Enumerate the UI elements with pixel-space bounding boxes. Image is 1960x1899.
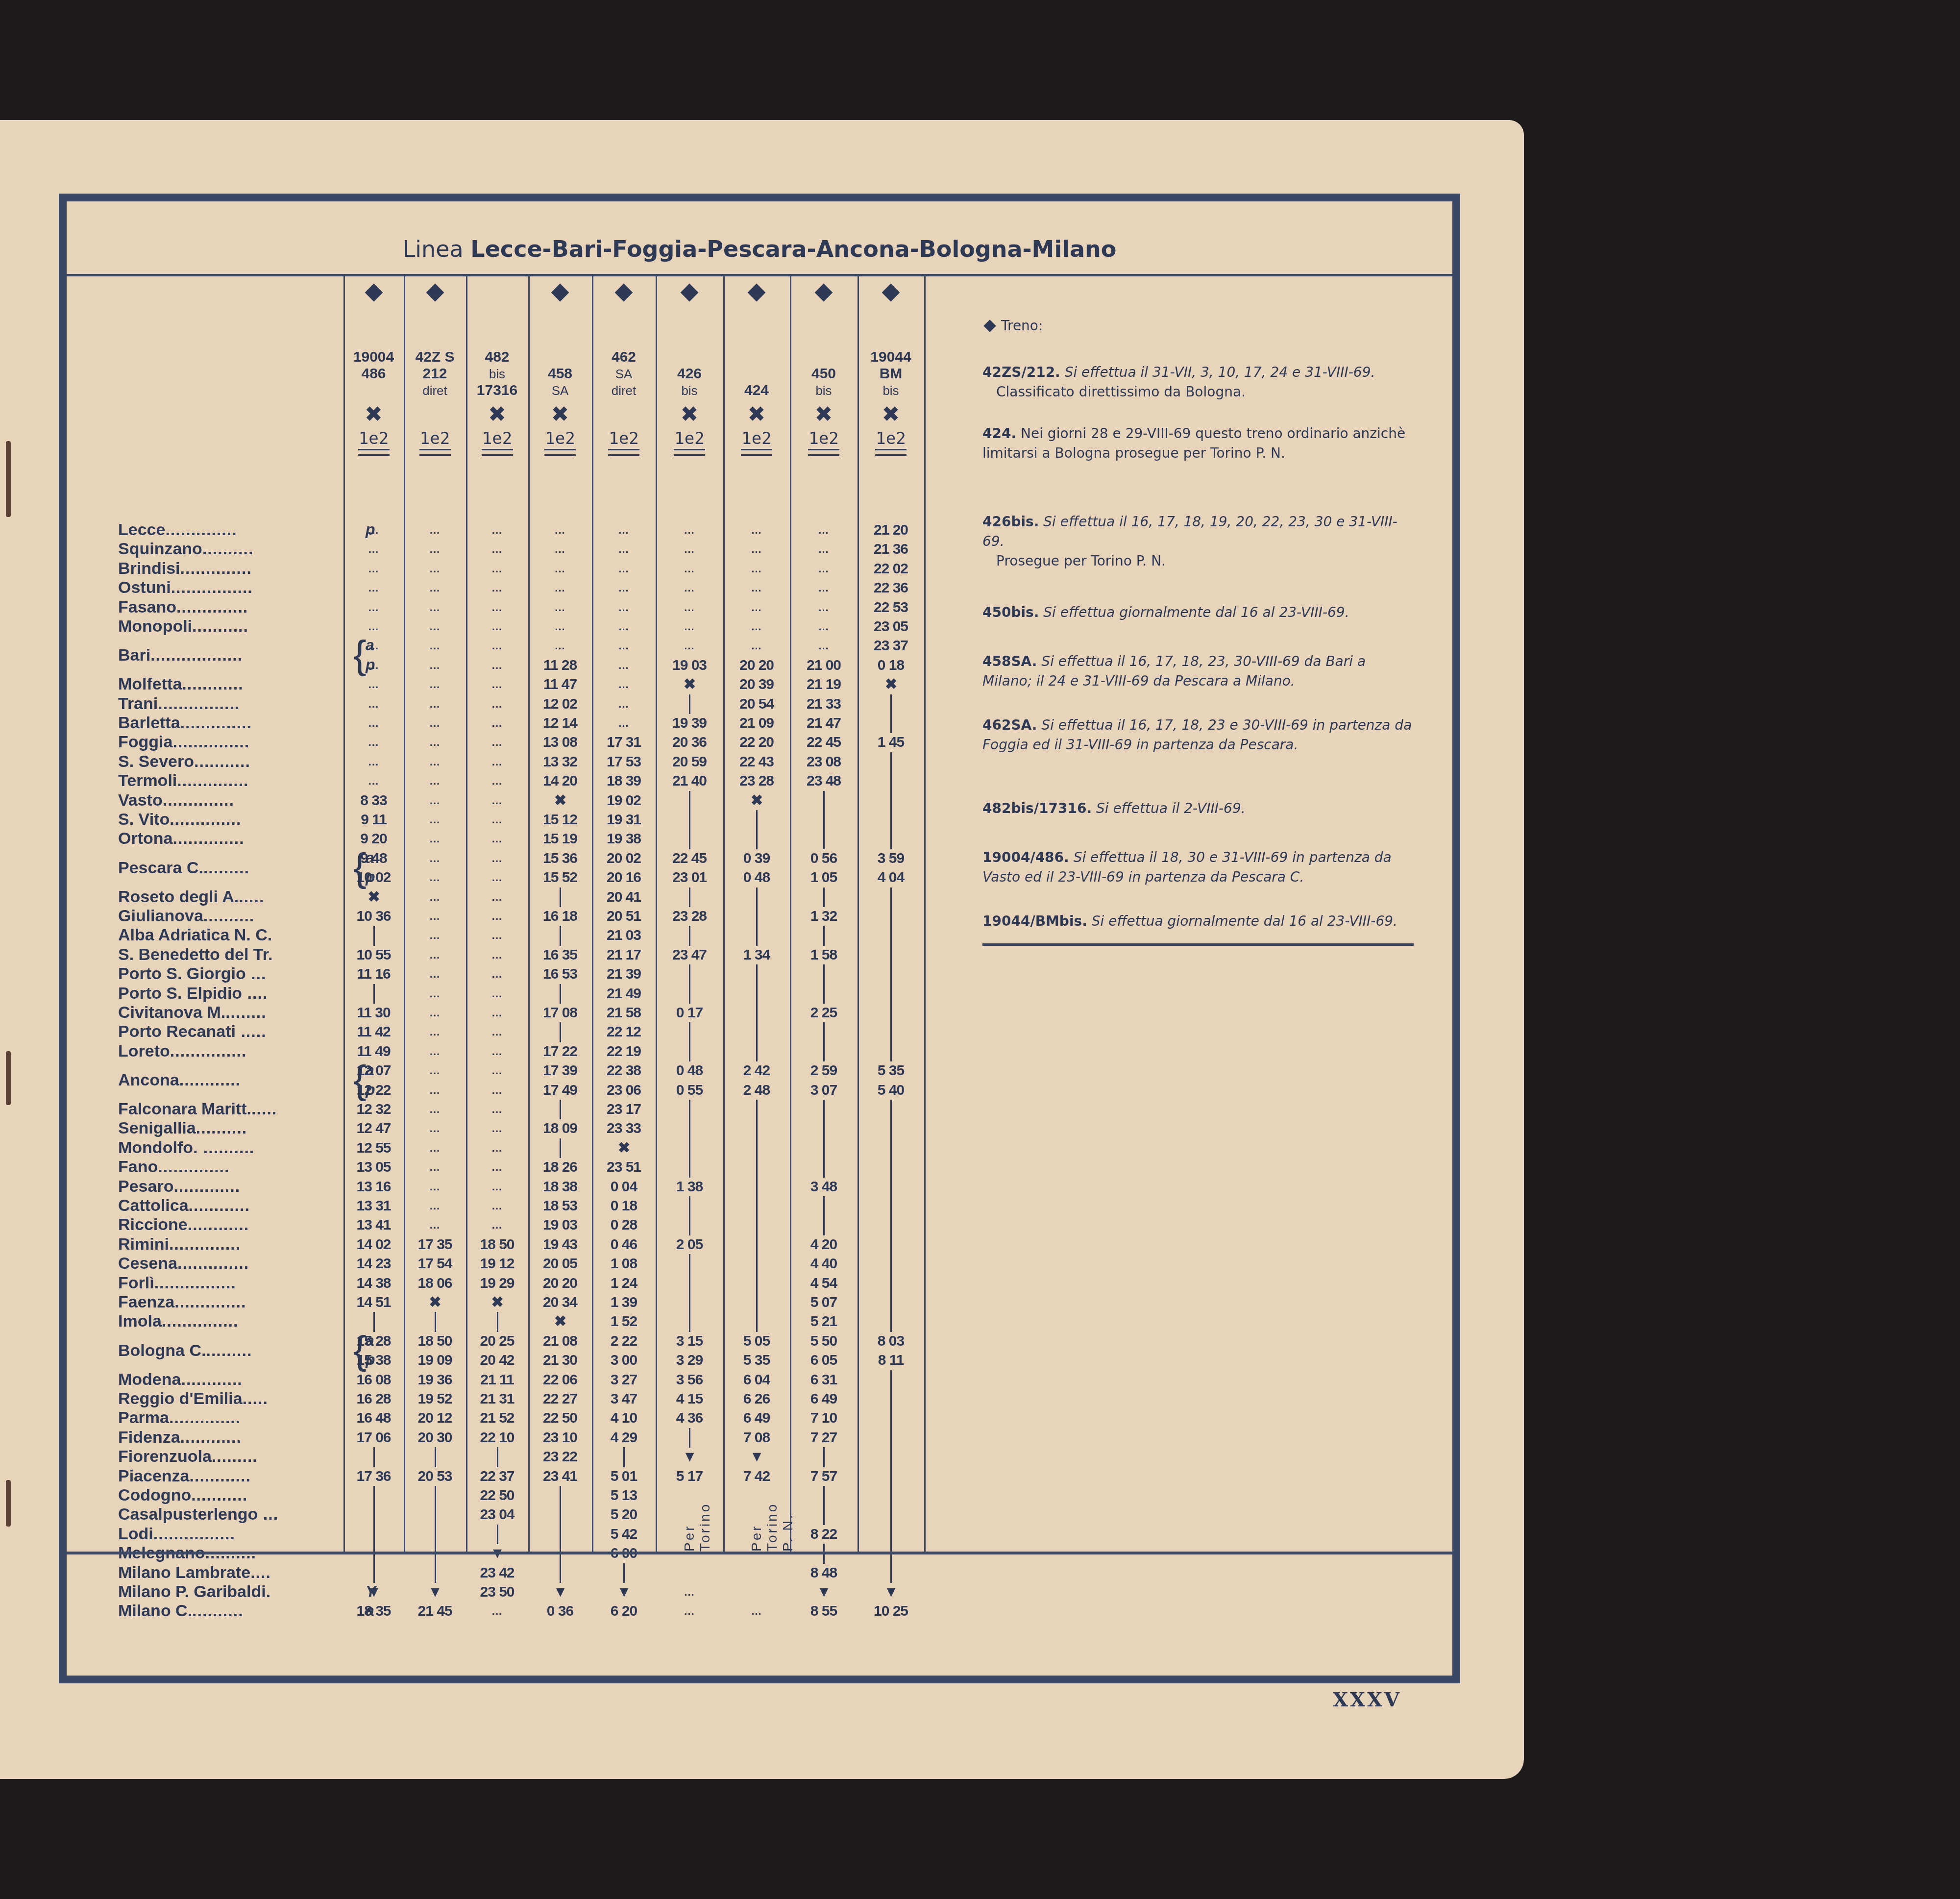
pass-line: [823, 1138, 825, 1158]
pass-through-line: [528, 1022, 592, 1041]
station-label: Porto S. Elpidio: [118, 984, 242, 1003]
time-cell: 12 47: [343, 1119, 404, 1138]
station-name: Ortona..............: [118, 829, 358, 848]
time-cell: 17 39: [528, 1061, 592, 1080]
restaurant-service-icon: ✖: [466, 1293, 528, 1312]
no-service: ...: [592, 540, 656, 559]
no-service: ...: [404, 656, 466, 675]
pass-line: [890, 1370, 892, 1390]
pass-through-line: [723, 1119, 790, 1138]
time-cell: 14 38: [343, 1274, 404, 1293]
no-service: ...: [404, 964, 466, 984]
time-cell: 22 10: [466, 1428, 528, 1447]
pass-through-line: [723, 1158, 790, 1177]
restaurant-service-icon: ✖: [857, 675, 924, 694]
pass-line: [689, 829, 690, 849]
no-service: ...: [466, 945, 528, 964]
double-rule: [544, 449, 576, 456]
time-cell: 3 27: [592, 1370, 656, 1389]
time-cell: 15 52: [528, 868, 592, 887]
pass-through-line: [857, 1022, 924, 1041]
time-cell: 4 40: [790, 1254, 857, 1273]
station-label: Fiorenzuola: [118, 1447, 212, 1466]
no-service: ...: [466, 1022, 528, 1041]
no-service: ...: [404, 791, 466, 810]
pass-line: [689, 1042, 690, 1061]
time-cell: 4 04: [857, 868, 924, 887]
diamond-icon: [426, 284, 444, 302]
time-cell: 2 42: [723, 1061, 790, 1080]
binder-staple: [6, 1480, 11, 1527]
time-cell: 18 53: [528, 1196, 592, 1215]
time-cell: 13 05: [343, 1158, 404, 1177]
no-service: ...: [466, 1081, 528, 1100]
station-label: Ortona: [118, 829, 172, 848]
time-cell: 3 56: [656, 1370, 723, 1389]
leader-dots: ..............: [169, 1408, 241, 1427]
time-cell: 5 42: [592, 1525, 656, 1544]
station-label: Alba Adriatica N. C.: [118, 926, 272, 944]
time-cell: 0 18: [857, 656, 924, 675]
station-label: S. Vito: [118, 810, 170, 829]
note-text: Si effettua giornalmente dal 16 al 23-VI…: [1043, 604, 1349, 620]
station-label: Roseto degli A.: [118, 888, 239, 906]
leader-dots: ...............: [162, 1312, 239, 1331]
pass-through-line: [466, 1525, 528, 1544]
no-service: ...: [466, 714, 528, 733]
time-cell: 23 33: [592, 1119, 656, 1138]
pass-line: [560, 1505, 561, 1525]
no-service: ...: [343, 598, 404, 617]
station-label: Pescara C.: [118, 859, 203, 877]
no-service: ...: [466, 1061, 528, 1080]
diamond-icon: [681, 284, 699, 302]
pass-line: [756, 1254, 758, 1274]
pass-through-line: [723, 984, 790, 1003]
pass-line: [823, 829, 825, 849]
time-cell: 17 54: [404, 1254, 466, 1273]
no-service: ...: [656, 1582, 723, 1602]
pass-line: [689, 1254, 690, 1274]
no-service: ...: [466, 1158, 528, 1177]
leader-dots: ....: [242, 984, 268, 1003]
pass-line: [890, 694, 892, 714]
time-cell: 21 36: [857, 540, 924, 559]
station-label: Cesena: [118, 1254, 177, 1273]
time-cell: 8 48: [790, 1563, 857, 1582]
time-cell: 21 19: [790, 675, 857, 694]
note-key: 450bis.: [982, 604, 1039, 620]
train-number-line: 486: [343, 366, 404, 382]
note-key: 19004/486.: [982, 849, 1069, 865]
time-cell: 13 08: [528, 733, 592, 752]
leader-dots: ..............: [177, 771, 248, 790]
time-cell: 1 38: [656, 1177, 723, 1196]
station-name: Rimini..............: [118, 1235, 358, 1254]
time-cell: 5 05: [723, 1332, 790, 1351]
spacer: [592, 401, 656, 428]
no-service: ...: [404, 810, 466, 829]
pass-through-line: [790, 1215, 857, 1234]
time-cell: 20 20: [723, 656, 790, 675]
train-number-line: 424: [723, 382, 790, 399]
time-cell: 20 53: [404, 1467, 466, 1486]
time-cell: 5 40: [857, 1081, 924, 1100]
time-cell: 20 25: [466, 1332, 528, 1351]
pass-through-line: [723, 907, 790, 926]
pass-through-line: [857, 1408, 924, 1428]
pass-line: [689, 984, 690, 1004]
no-service: ...: [466, 1100, 528, 1119]
no-service: ...: [466, 1177, 528, 1196]
time-cell: 1 45: [857, 733, 924, 752]
time-cell: 13 16: [343, 1177, 404, 1196]
time-cell: 21 03: [592, 926, 656, 945]
pass-through-line: [857, 945, 924, 964]
no-service: ...: [466, 1602, 528, 1621]
pass-line: [823, 810, 825, 830]
time-cell: 23 37: [857, 636, 924, 655]
time-cell: 21 20: [857, 520, 924, 540]
time-cell: 1 32: [790, 907, 857, 926]
station-label: Parma: [118, 1408, 169, 1427]
station-name: Parma..............: [118, 1408, 358, 1428]
no-service: ...: [592, 694, 656, 714]
station-label: Vasto: [118, 791, 163, 810]
station-name: Cattolica............: [118, 1196, 358, 1215]
pass-through-line: [857, 888, 924, 907]
time-cell: 9 48: [343, 849, 404, 868]
pass-line: [890, 829, 892, 849]
pass-through-line: [857, 1274, 924, 1293]
time-cell: 2 25: [790, 1003, 857, 1022]
leader-dots: ...............: [170, 1042, 247, 1060]
double-rule: [482, 449, 513, 456]
pass-through-line: [343, 1525, 404, 1544]
pass-line: [689, 1196, 690, 1216]
pass-line: [435, 1563, 436, 1583]
time-cell: 18 50: [404, 1332, 466, 1351]
station-name: Senigallia..........: [118, 1119, 358, 1138]
station-name: Porto S. Elpidio ....: [118, 984, 358, 1003]
time-cell: 11 49: [343, 1042, 404, 1061]
train-number-line: SA: [528, 382, 592, 399]
no-service: ...: [656, 636, 723, 655]
arrow-down-icon: ▼: [528, 1582, 592, 1602]
note-key: 482bis/17316.: [982, 800, 1092, 816]
time-cell: 15 36: [528, 849, 592, 868]
station-label: Civitanova M.: [118, 1003, 225, 1022]
empty-cell: [723, 1563, 790, 1582]
leader-dots: .....: [243, 1389, 268, 1408]
time-cell: 7 57: [790, 1467, 857, 1486]
pass-through-line: [857, 1196, 924, 1215]
time-cell: 11 28: [528, 656, 592, 675]
no-service: ...: [723, 617, 790, 636]
pass-through-line: [656, 888, 723, 907]
leader-dots: ...: [258, 1505, 278, 1524]
restaurant-car-icon: ✖: [466, 401, 528, 428]
no-service: ...: [723, 636, 790, 655]
pass-line: [623, 1447, 625, 1467]
time-cell: 23 41: [528, 1467, 592, 1486]
pass-line: [890, 1254, 892, 1274]
pass-through-line: [857, 1525, 924, 1544]
time-cell: 14 51: [343, 1293, 404, 1312]
pass-through-line: [790, 791, 857, 810]
time-cell: 21 30: [528, 1351, 592, 1370]
leader-dots: ..........: [192, 1602, 243, 1620]
pass-line: [560, 1486, 561, 1505]
time-cell: 3 59: [857, 849, 924, 868]
pass-line: [756, 1119, 758, 1138]
restaurant-car-icon: ✖: [857, 401, 924, 428]
time-cell: 18 26: [528, 1158, 592, 1177]
pass-line: [823, 1100, 825, 1119]
time-cell: 3 00: [592, 1351, 656, 1370]
station-label: Pesaro: [118, 1177, 173, 1196]
pass-through-line: [404, 1505, 466, 1524]
no-service: ...: [404, 752, 466, 771]
pass-through-line: [656, 1022, 723, 1041]
no-service: ...: [404, 598, 466, 617]
note-424: 424. Nei giorni 28 e 29-VIII-69 questo t…: [982, 424, 1414, 463]
time-cell: 23 28: [656, 907, 723, 926]
time-cell: 8 11: [857, 1351, 924, 1370]
pass-line: [890, 1003, 892, 1023]
leader-dots: ............: [181, 1370, 242, 1389]
pass-line: [689, 1428, 690, 1448]
pass-line: [756, 1100, 758, 1119]
pass-line: [890, 1505, 892, 1525]
pass-through-line: [343, 1486, 404, 1505]
train-number-line: BM: [857, 366, 924, 382]
station-name: Porto S. Giorgio ...: [118, 964, 358, 984]
no-service: ...: [466, 1138, 528, 1158]
leader-dots: .....: [239, 888, 264, 906]
pass-through-line: [723, 1215, 790, 1234]
pass-line: [560, 984, 561, 1004]
no-service: ...: [343, 540, 404, 559]
no-service: ...: [404, 1061, 466, 1080]
no-service: ...: [592, 520, 656, 540]
time-cell: 22 45: [790, 733, 857, 752]
no-service: ...: [592, 617, 656, 636]
pass-through-line: [790, 1505, 857, 1524]
pass-line: [890, 964, 892, 984]
note-text: Si effettua il 16, 17, 18, 23 e 30-VIII-…: [982, 717, 1412, 753]
no-service: ...: [466, 984, 528, 1003]
pass-line: [756, 1003, 758, 1023]
station-name: Milano C...........: [118, 1602, 358, 1621]
time-cell: 15 12: [528, 810, 592, 829]
no-service: ...: [466, 771, 528, 790]
pass-through-line: [857, 1447, 924, 1466]
no-service: ...: [466, 926, 528, 945]
no-service: ...: [592, 559, 656, 578]
time-cell: 13 32: [528, 752, 592, 771]
station-name: Cesena..............: [118, 1254, 358, 1273]
legend-label: Treno:: [1001, 318, 1043, 334]
station-label: Milano P. Garibaldi: [118, 1582, 266, 1601]
time-cell: 7 27: [790, 1428, 857, 1447]
train-number-line: 212: [404, 366, 466, 382]
time-cell: 22 19: [592, 1042, 656, 1061]
pass-through-line: [466, 1312, 528, 1331]
leader-dots: .: [266, 1582, 271, 1601]
pass-line: [890, 1100, 892, 1119]
time-cell: 6 04: [723, 1370, 790, 1389]
pass-through-line: [528, 1505, 592, 1524]
station-name: Termoli..............: [118, 771, 358, 790]
no-service: ...: [466, 868, 528, 887]
station-name: Faenza..............: [118, 1293, 358, 1312]
pass-line: [890, 1428, 892, 1448]
train-number-line: diret: [592, 382, 656, 399]
pass-through-line: [656, 1274, 723, 1293]
diamond-icon: [748, 284, 766, 302]
no-service: ...: [790, 540, 857, 559]
time-cell: 17 22: [528, 1042, 592, 1061]
restaurant-service-icon: ✖: [656, 675, 723, 694]
station-label: Lecce: [118, 520, 165, 539]
no-service: ...: [656, 559, 723, 578]
time-cell: 0 36: [528, 1602, 592, 1621]
time-cell: 12 22: [343, 1081, 404, 1100]
pass-through-line: [723, 1022, 790, 1041]
time-cell: 22 50: [466, 1486, 528, 1505]
time-cell: 17 49: [528, 1081, 592, 1100]
pass-through-line: [343, 1563, 404, 1582]
no-service: ...: [466, 1215, 528, 1234]
leader-dots: ................: [158, 694, 240, 713]
leader-dots: [272, 926, 277, 944]
no-service: ...: [404, 1003, 466, 1022]
leader-dots: ..............: [177, 1254, 249, 1273]
train-number-line: 458: [528, 366, 592, 382]
time-cell: 5 07: [790, 1293, 857, 1312]
pass-line: [689, 1138, 690, 1158]
pass-line: [689, 791, 690, 811]
time-cell: 20 05: [528, 1254, 592, 1273]
time-cell: 21 11: [466, 1370, 528, 1389]
note-19044: 19044/BMbis. Si effettua giornalmente da…: [982, 912, 1414, 931]
train-number-line: 462: [592, 349, 656, 366]
no-service: ...: [466, 733, 528, 752]
time-cell: 0 46: [592, 1235, 656, 1254]
pass-through-line: [343, 1505, 404, 1524]
pass-through-line: [790, 964, 857, 984]
no-service: ...: [466, 540, 528, 559]
pass-through-line: [857, 1138, 924, 1158]
no-service: ...: [466, 964, 528, 984]
time-cell: 12 32: [343, 1100, 404, 1119]
time-cell: 23 50: [466, 1582, 528, 1602]
pass-through-line: [404, 1525, 466, 1544]
time-cell: 5 21: [790, 1312, 857, 1331]
pass-through-line: [723, 1177, 790, 1196]
pass-line: [560, 888, 561, 907]
note-continuation: Classificato direttissimo da Bologna.: [982, 382, 1414, 402]
pass-through-line: [723, 1138, 790, 1158]
note-458sa: 458SA. Si effettua il 16, 17, 18, 23, 30…: [982, 652, 1414, 691]
train-number-line: 42Z S: [404, 349, 466, 366]
diamond-icon: [815, 284, 833, 302]
time-cell: 20 30: [404, 1428, 466, 1447]
no-service: ...: [790, 520, 857, 540]
pass-line: [689, 694, 690, 714]
station-label: Piacenza: [118, 1467, 190, 1485]
time-cell: 17 35: [404, 1235, 466, 1254]
time-cell: 5 20: [592, 1505, 656, 1524]
time-cell: 17 53: [592, 752, 656, 771]
no-service: ...: [404, 1215, 466, 1234]
time-cell: 16 28: [343, 1389, 404, 1408]
pass-through-line: [857, 1312, 924, 1331]
note-key: 19044/BMbis.: [982, 913, 1087, 929]
leader-dots: ..........: [203, 907, 254, 925]
pass-through-line: [790, 1196, 857, 1215]
class-label: 1e2: [592, 430, 656, 447]
double-rule: [608, 449, 639, 456]
time-cell: 21 17: [592, 945, 656, 964]
time-cell: 19 03: [656, 656, 723, 675]
pass-through-line: [790, 984, 857, 1003]
pass-line: [890, 1408, 892, 1428]
leader-dots: ...............: [172, 733, 249, 751]
station-name: Foggia...............: [118, 733, 358, 752]
pass-through-line: [656, 1293, 723, 1312]
leader-dots: ............: [180, 1428, 242, 1447]
station-name: Fasano..............: [118, 598, 358, 617]
leader-dots: ..........: [202, 540, 253, 558]
station-name: Porto Recanati .....: [118, 1022, 358, 1041]
no-service: ...: [404, 714, 466, 733]
time-cell: 22 38: [592, 1061, 656, 1080]
restaurant-service-icon: ✖: [528, 1312, 592, 1331]
pass-through-line: [857, 694, 924, 714]
leader-dots: ..............: [180, 714, 252, 732]
pass-line: [823, 926, 825, 945]
pass-line: [689, 1293, 690, 1312]
pass-through-line: [528, 984, 592, 1003]
note-text: Si effettua giornalmente dal 16 al 23-VI…: [1092, 913, 1397, 929]
class-label: 1e2: [404, 430, 466, 447]
leader-dots: ............: [190, 1467, 251, 1485]
pass-line: [560, 1022, 561, 1042]
no-service: ...: [404, 733, 466, 752]
pass-through-line: [592, 1447, 656, 1466]
time-cell: 23 48: [790, 771, 857, 790]
leader-dots: ..............: [158, 1158, 229, 1176]
time-cell: 16 35: [528, 945, 592, 964]
train-number-line: diret: [404, 382, 466, 399]
pass-line: [890, 1467, 892, 1486]
no-service: ...: [404, 1196, 466, 1215]
station-name: Trani................: [118, 694, 358, 714]
no-service: ...: [466, 656, 528, 675]
time-cell: 4 20: [790, 1235, 857, 1254]
station-name: Casalpusterlengo ...: [118, 1505, 358, 1524]
pass-through-line: [656, 1312, 723, 1331]
pass-line: [689, 810, 690, 830]
station-name: Milano Lambrate....: [118, 1563, 358, 1582]
station-name: Imola...............: [118, 1312, 358, 1331]
pass-line: [890, 810, 892, 830]
time-cell: 23 06: [592, 1081, 656, 1100]
note-text: Si effettua il 31-VII, 3, 10, 17, 24 e 3…: [1065, 364, 1375, 380]
pass-line: [689, 1312, 690, 1332]
